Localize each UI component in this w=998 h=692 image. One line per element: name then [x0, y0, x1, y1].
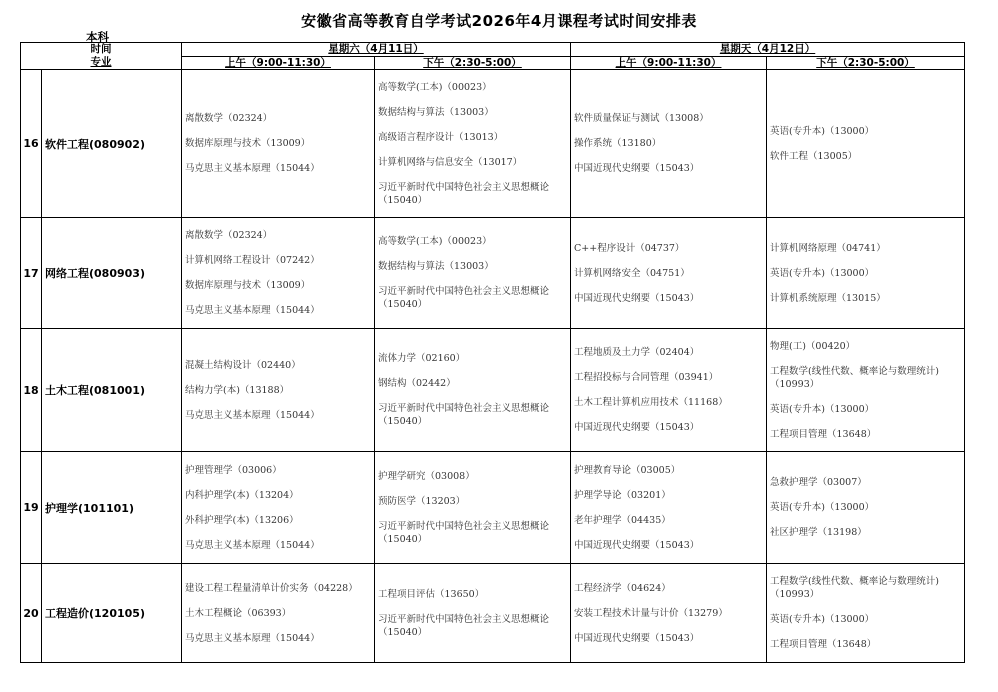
exam-slot-sat-am: 护理管理学（03006）内科护理学(本)（13204）外科护理学(本)（1320…: [182, 452, 375, 564]
course-item: 习近平新时代中国特色社会主义思想概论（15040）: [378, 181, 567, 207]
course-item: 中国近现代史纲要（15043）: [574, 632, 763, 645]
time-label: 时间: [21, 43, 181, 56]
course-item: 土木工程概论（06393）: [185, 607, 371, 620]
course-item: 工程招投标与合同管理（03941）: [574, 371, 763, 384]
row-number: 18: [21, 329, 42, 452]
course-item: 工程数学(线性代数、概率论与数理统计)（10993）: [770, 575, 961, 601]
course-item: 计算机网络工程设计（07242）: [185, 254, 371, 267]
course-item: 老年护理学（04435）: [574, 514, 763, 527]
row-number: 16: [21, 70, 42, 218]
major-row: 16软件工程(080902)离散数学（02324）数据库原理与技术（13009）…: [21, 70, 965, 218]
page-title: 安徽省高等教育自学考试2026年4月课程考试时间安排表: [0, 10, 998, 31]
exam-slot-sat-pm: 高等数学(工本)（00023）数据结构与算法（13003）高级语言程序设计（13…: [375, 70, 571, 218]
course-item: 护理教育导论（03005）: [574, 464, 763, 477]
course-item: 操作系统（13180）: [574, 137, 763, 150]
major-name: 土木工程(081001): [42, 329, 182, 452]
course-item: 社区护理学（13198）: [770, 526, 961, 539]
course-item: 工程地质及土力学（02404）: [574, 346, 763, 359]
course-item: 习近平新时代中国特色社会主义思想概论（15040）: [378, 285, 567, 311]
course-item: 急救护理学（03007）: [770, 476, 961, 489]
exam-schedule-table: 时间 专业 星期六（4月11日） 星期天（4月12日） 上午（9:00-11:3…: [20, 42, 965, 663]
exam-slot-sun-pm: 工程数学(线性代数、概率论与数理统计)（10993）英语(专升本)（13000）…: [767, 564, 965, 663]
major-row: 18土木工程(081001)混凝土结构设计（02440）结构力学(本)（1318…: [21, 329, 965, 452]
course-item: 数据库原理与技术（13009）: [185, 137, 371, 150]
course-item: 马克思主义基本原理（15044）: [185, 162, 371, 175]
course-item: 预防医学（13203）: [378, 495, 567, 508]
course-item: 护理学导论（03201）: [574, 489, 763, 502]
course-item: 计算机网络安全（04751）: [574, 267, 763, 280]
exam-slot-sat-am: 离散数学（02324）数据库原理与技术（13009）马克思主义基本原理（1504…: [182, 70, 375, 218]
course-item: 内科护理学(本)（13204）: [185, 489, 371, 502]
course-item: 工程经济学（04624）: [574, 582, 763, 595]
course-item: 工程项目管理（13648）: [770, 428, 961, 441]
course-item: 外科护理学(本)（13206）: [185, 514, 371, 527]
course-item: 数据结构与算法（13003）: [378, 260, 567, 273]
exam-slot-sun-pm: 物理(工)（00420）工程数学(线性代数、概率论与数理统计)（10993）英语…: [767, 329, 965, 452]
course-item: 离散数学（02324）: [185, 112, 371, 125]
course-item: 流体力学（02160）: [378, 352, 567, 365]
row-number: 17: [21, 218, 42, 329]
session-header-sun-pm: 下午（2:30-5:00）: [767, 56, 965, 70]
course-item: 英语(专升本)（13000）: [770, 403, 961, 416]
course-item: 物理(工)（00420）: [770, 340, 961, 353]
course-item: 混凝土结构设计（02440）: [185, 359, 371, 372]
exam-slot-sun-am: 软件质量保证与测试（13008）操作系统（13180）中国近现代史纲要（1504…: [571, 70, 767, 218]
major-name: 软件工程(080902): [42, 70, 182, 218]
course-item: 高等数学(工本)（00023）: [378, 81, 567, 94]
course-item: 马克思主义基本原理（15044）: [185, 632, 371, 645]
day-header-sunday: 星期天（4月12日）: [571, 43, 965, 57]
course-item: 结构力学(本)（13188）: [185, 384, 371, 397]
course-item: 计算机网络与信息安全（13017）: [378, 156, 567, 169]
course-item: 护理管理学（03006）: [185, 464, 371, 477]
exam-slot-sat-pm: 护理学研究（03008）预防医学（13203）习近平新时代中国特色社会主义思想概…: [375, 452, 571, 564]
course-item: 中国近现代史纲要（15043）: [574, 292, 763, 305]
major-name: 工程造价(120105): [42, 564, 182, 663]
exam-slot-sat-am: 离散数学（02324）计算机网络工程设计（07242）数据库原理与技术（1300…: [182, 218, 375, 329]
exam-slot-sun-pm: 英语(专升本)（13000）软件工程（13005）: [767, 70, 965, 218]
major-row: 19护理学(101101)护理管理学（03006）内科护理学(本)（13204）…: [21, 452, 965, 564]
session-header-sat-am: 上午（9:00-11:30）: [182, 56, 375, 70]
exam-slot-sat-pm: 流体力学（02160）钢结构（02442）习近平新时代中国特色社会主义思想概论（…: [375, 329, 571, 452]
exam-slot-sun-pm: 计算机网络原理（04741）英语(专升本)（13000）计算机系统原理（1301…: [767, 218, 965, 329]
major-name: 网络工程(080903): [42, 218, 182, 329]
course-item: C++程序设计（04737）: [574, 242, 763, 255]
course-item: 英语(专升本)（13000）: [770, 501, 961, 514]
header-corner: 时间 专业: [21, 43, 182, 70]
exam-slot-sun-am: C++程序设计（04737）计算机网络安全（04751）中国近现代史纲要（150…: [571, 218, 767, 329]
course-item: 英语(专升本)（13000）: [770, 125, 961, 138]
exam-slot-sat-pm: 工程项目评估（13650）习近平新时代中国特色社会主义思想概论（15040）: [375, 564, 571, 663]
course-item: 习近平新时代中国特色社会主义思想概论（15040）: [378, 402, 567, 428]
exam-slot-sun-pm: 急救护理学（03007）英语(专升本)（13000）社区护理学（13198）: [767, 452, 965, 564]
course-item: 建设工程工程量清单计价实务（04228）: [185, 582, 371, 595]
major-row: 17网络工程(080903)离散数学（02324）计算机网络工程设计（07242…: [21, 218, 965, 329]
session-header-sat-pm: 下午（2:30-5:00）: [375, 56, 571, 70]
session-header-sun-am: 上午（9:00-11:30）: [571, 56, 767, 70]
course-item: 英语(专升本)（13000）: [770, 267, 961, 280]
course-item: 高等数学(工本)（00023）: [378, 235, 567, 248]
course-item: 习近平新时代中国特色社会主义思想概论（15040）: [378, 520, 567, 546]
course-item: 护理学研究（03008）: [378, 470, 567, 483]
course-item: 安装工程技术计量与计价（13279）: [574, 607, 763, 620]
course-item: 英语(专升本)（13000）: [770, 613, 961, 626]
course-item: 马克思主义基本原理（15044）: [185, 304, 371, 317]
course-item: 中国近现代史纲要（15043）: [574, 162, 763, 175]
exam-slot-sun-am: 工程地质及土力学（02404）工程招投标与合同管理（03941）土木工程计算机应…: [571, 329, 767, 452]
exam-slot-sat-pm: 高等数学(工本)（00023）数据结构与算法（13003）习近平新时代中国特色社…: [375, 218, 571, 329]
course-item: 数据库原理与技术（13009）: [185, 279, 371, 292]
course-item: 软件质量保证与测试（13008）: [574, 112, 763, 125]
exam-slot-sun-am: 护理教育导论（03005）护理学导论（03201）老年护理学（04435）中国近…: [571, 452, 767, 564]
exam-slot-sat-am: 混凝土结构设计（02440）结构力学(本)（13188）马克思主义基本原理（15…: [182, 329, 375, 452]
course-item: 高级语言程序设计（13013）: [378, 131, 567, 144]
course-item: 习近平新时代中国特色社会主义思想概论（15040）: [378, 613, 567, 639]
course-item: 软件工程（13005）: [770, 150, 961, 163]
course-item: 土木工程计算机应用技术（11168）: [574, 396, 763, 409]
course-item: 中国近现代史纲要（15043）: [574, 539, 763, 552]
exam-slot-sun-am: 工程经济学（04624）安装工程技术计量与计价（13279）中国近现代史纲要（1…: [571, 564, 767, 663]
course-item: 工程项目评估（13650）: [378, 588, 567, 601]
course-item: 计算机网络原理（04741）: [770, 242, 961, 255]
course-item: 中国近现代史纲要（15043）: [574, 421, 763, 434]
course-item: 马克思主义基本原理（15044）: [185, 539, 371, 552]
row-number: 19: [21, 452, 42, 564]
major-row: 20工程造价(120105)建设工程工程量清单计价实务（04228）土木工程概论…: [21, 564, 965, 663]
course-item: 工程数学(线性代数、概率论与数理统计)（10993）: [770, 365, 961, 391]
course-item: 数据结构与算法（13003）: [378, 106, 567, 119]
course-item: 工程项目管理（13648）: [770, 638, 961, 651]
major-name: 护理学(101101): [42, 452, 182, 564]
course-item: 马克思主义基本原理（15044）: [185, 409, 371, 422]
course-item: 钢结构（02442）: [378, 377, 567, 390]
major-label: 专业: [21, 56, 181, 69]
row-number: 20: [21, 564, 42, 663]
course-item: 离散数学（02324）: [185, 229, 371, 242]
exam-slot-sat-am: 建设工程工程量清单计价实务（04228）土木工程概论（06393）马克思主义基本…: [182, 564, 375, 663]
course-item: 计算机系统原理（13015）: [770, 292, 961, 305]
day-header-saturday: 星期六（4月11日）: [182, 43, 571, 57]
